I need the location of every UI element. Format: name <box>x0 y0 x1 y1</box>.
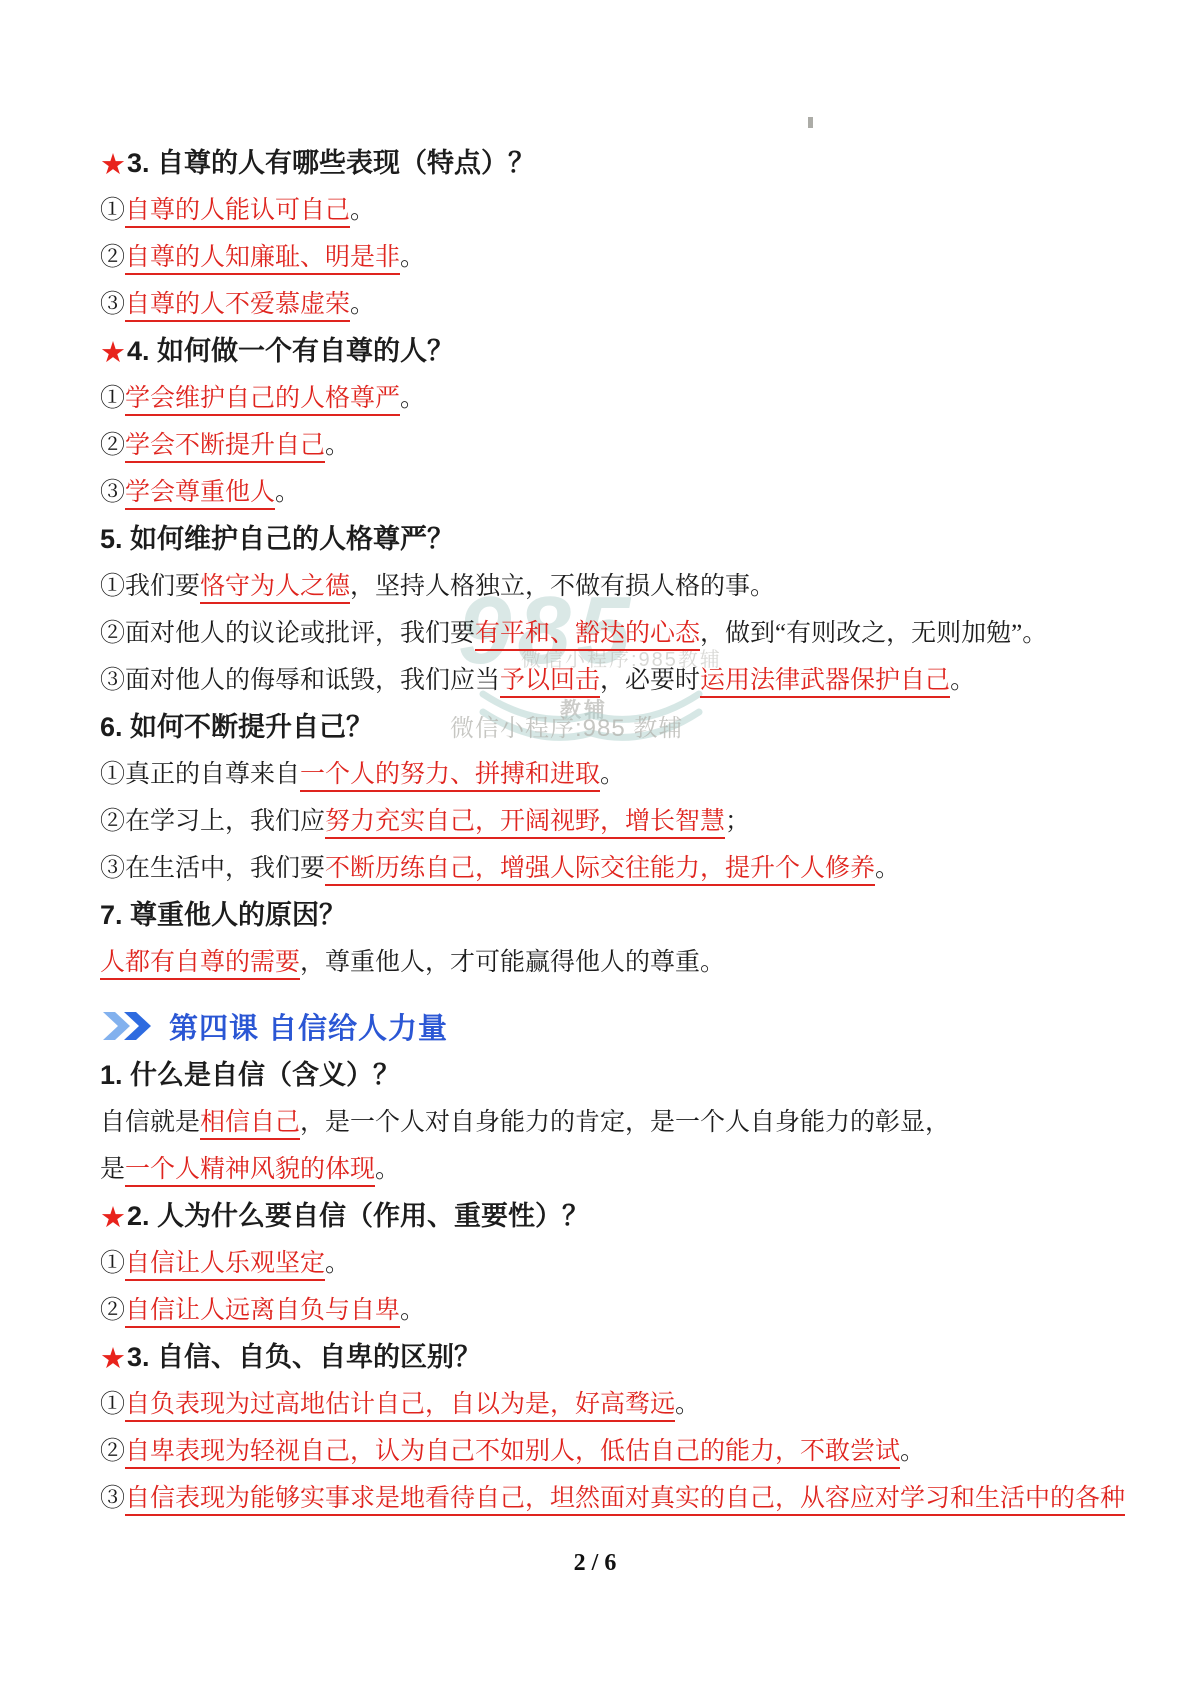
answer-text: 4. 如何做一个有自尊的人？ <box>127 336 454 366</box>
answer-key-point: 自尊的人不爱慕虚荣 <box>125 291 350 322</box>
answer-text: 。 <box>875 855 900 882</box>
answer-text: ③ <box>100 1485 125 1512</box>
answer-text: ，尊重他人，才可能赢得他人的尊重。 <box>300 949 725 976</box>
document-body: ★3. 自尊的人有哪些表现（特点）？①自尊的人能认可自己。②自尊的人知廉耻、明是… <box>100 140 1110 1522</box>
answer-key-point: 学会不断提升自己 <box>125 432 325 463</box>
answer-text: ③面对他人的侮辱和诋毁，我们应当 <box>100 667 500 694</box>
answer-text: 2. 人为什么要自信（作用、重要性）？ <box>127 1201 589 1231</box>
answer-line: 自信就是相信自己，是一个人对自身能力的肯定，是一个人自身能力的彰显， <box>100 1099 1110 1146</box>
question-heading: ★4. 如何做一个有自尊的人？ <box>100 328 1110 375</box>
answer-key-point: 自信表现为能够实事求是地看待自己，坦然面对真实的自己，从容应对学习和生活中的各种 <box>125 1485 1125 1516</box>
question-heading: 5. 如何维护自己的人格尊严？ <box>100 516 1110 563</box>
answer-text: 自信就是 <box>100 1109 200 1136</box>
answer-text: 6. 如何不断提升自己？ <box>100 712 373 742</box>
answer-text: ① <box>100 1391 125 1418</box>
answer-line: 是一个人精神风貌的体现。 <box>100 1146 1110 1193</box>
answer-line: ①自信让人乐观坚定。 <box>100 1240 1110 1287</box>
answer-key-point: 自信让人乐观坚定 <box>125 1250 325 1281</box>
double-chevron-icon <box>100 1011 154 1041</box>
answer-text: ①我们要 <box>100 573 200 600</box>
answer-key-point: 一个人的努力、拼搏和进取 <box>300 761 600 792</box>
answer-key-point: 自负表现为过高地估计自己，自以为是，好高骛远 <box>125 1391 675 1422</box>
answer-text: 1. 什么是自信（含义）？ <box>100 1060 400 1090</box>
answer-text: ②在学习上，我们应 <box>100 808 325 835</box>
answer-key-point: 学会维护自己的人格尊严 <box>125 385 400 416</box>
answer-text: ②面对他人的议论或批评，我们要 <box>100 620 475 647</box>
answer-text: 。 <box>675 1391 700 1418</box>
answer-line: ②学会不断提升自己。 <box>100 422 1110 469</box>
answer-line: ①学会维护自己的人格尊严。 <box>100 375 1110 422</box>
answer-key-point: 予以回击 <box>500 667 600 698</box>
answer-key-point: 自信让人远离自负与自卑 <box>125 1297 400 1328</box>
answer-text: ③ <box>100 479 125 506</box>
answer-line: ①我们要恪守为人之德，坚持人格独立，不做有损人格的事。 <box>100 563 1110 610</box>
question-heading: ★2. 人为什么要自信（作用、重要性）？ <box>100 1193 1110 1240</box>
answer-text: 是 <box>100 1156 125 1183</box>
answer-text: ② <box>100 244 125 271</box>
answer-text: 。 <box>350 291 375 318</box>
answer-line: ③自尊的人不爱慕虚荣。 <box>100 281 1110 328</box>
answer-text: 。 <box>325 432 350 459</box>
answer-line: ①真正的自尊来自一个人的努力、拼搏和进取。 <box>100 751 1110 798</box>
answer-text: ①真正的自尊来自 <box>100 761 300 788</box>
answer-text: ，做到“有则改之，无则加勉”。 <box>700 620 1047 647</box>
question-heading: 1. 什么是自信（含义）？ <box>100 1052 1110 1099</box>
answer-text: 。 <box>950 667 975 694</box>
answer-key-point: 相信自己 <box>200 1109 300 1140</box>
question-heading: ★3. 自尊的人有哪些表现（特点）？ <box>100 140 1110 187</box>
answer-key-point: 学会尊重他人 <box>125 479 275 510</box>
answer-line: ②自尊的人知廉耻、明是非。 <box>100 234 1110 281</box>
answer-line: ③自信表现为能够实事求是地看待自己，坦然面对真实的自己，从容应对学习和生活中的各… <box>100 1475 1110 1522</box>
star-icon: ★ <box>100 1341 126 1375</box>
answer-text: 。 <box>350 197 375 224</box>
answer-text: 3. 自尊的人有哪些表现（特点）？ <box>127 148 535 178</box>
answer-line: ②面对他人的议论或批评，我们要有平和、豁达的心态，做到“有则改之，无则加勉”。 <box>100 610 1110 657</box>
answer-line: ③学会尊重他人。 <box>100 469 1110 516</box>
answer-text: ，是一个人对自身能力的肯定，是一个人自身能力的彰显， <box>300 1109 950 1136</box>
answer-text: 。 <box>375 1156 400 1183</box>
question-heading: 6. 如何不断提升自己？ <box>100 704 1110 751</box>
answer-text: 。 <box>325 1250 350 1277</box>
answer-text: 。 <box>400 385 425 412</box>
answer-line: ①自尊的人能认可自己。 <box>100 187 1110 234</box>
answer-line: 人都有自尊的需要，尊重他人，才可能赢得他人的尊重。 <box>100 939 1110 986</box>
section-header: 第四课 自信给人力量 <box>100 1000 1110 1052</box>
star-icon: ★ <box>100 147 126 181</box>
answer-key-point: 自尊的人知廉耻、明是非 <box>125 244 400 275</box>
section-title: 第四课 自信给人力量 <box>169 1006 448 1047</box>
answer-text: ，坚持人格独立，不做有损人格的事。 <box>350 573 775 600</box>
answer-text: 7. 尊重他人的原因？ <box>100 900 346 930</box>
answer-text: ② <box>100 1438 125 1465</box>
answer-key-point: 人都有自尊的需要 <box>100 949 300 980</box>
star-icon: ★ <box>100 1200 126 1234</box>
answer-key-point: 努力充实自己，开阔视野，增长智慧 <box>325 808 725 839</box>
answer-text: ① <box>100 1250 125 1277</box>
answer-line: ②自卑表现为轻视自己，认为自己不如别人，低估自己的能力，不敢尝试。 <box>100 1428 1110 1475</box>
answer-text: 。 <box>400 244 425 271</box>
answer-line: ③在生活中，我们要不断历练自己，增强人际交往能力，提升个人修养。 <box>100 845 1110 892</box>
answer-text: 。 <box>900 1438 925 1465</box>
answer-key-point: 一个人精神风貌的体现 <box>125 1156 375 1187</box>
answer-key-point: 运用法律武器保护自己 <box>700 667 950 698</box>
answer-text: ③ <box>100 291 125 318</box>
star-icon: ★ <box>100 335 126 369</box>
answer-key-point: 自卑表现为轻视自己，认为自己不如别人，低估自己的能力，不敢尝试 <box>125 1438 900 1469</box>
answer-text: ③在生活中，我们要 <box>100 855 325 882</box>
answer-line: ②在学习上，我们应努力充实自己，开阔视野，增长智慧； <box>100 798 1110 845</box>
answer-text: ，必要时 <box>600 667 700 694</box>
answer-text: 5. 如何维护自己的人格尊严？ <box>100 524 454 554</box>
answer-line: ②自信让人远离自负与自卑。 <box>100 1287 1110 1334</box>
page-number: 2 / 6 <box>0 1550 1190 1577</box>
answer-key-point: 自尊的人能认可自己 <box>125 197 350 228</box>
answer-text: ② <box>100 1297 125 1324</box>
answer-line: ①自负表现为过高地估计自己，自以为是，好高骛远。 <box>100 1381 1110 1428</box>
question-heading: ★3. 自信、自负、自卑的区别？ <box>100 1334 1110 1381</box>
answer-text: ① <box>100 197 125 224</box>
answer-text: ； <box>725 808 750 835</box>
answer-text: 3. 自信、自负、自卑的区别？ <box>127 1342 481 1372</box>
answer-text: 。 <box>275 479 300 506</box>
answer-text: ① <box>100 385 125 412</box>
answer-line: ③面对他人的侮辱和诋毁，我们应当予以回击，必要时运用法律武器保护自己。 <box>100 657 1110 704</box>
answer-text: 。 <box>400 1297 425 1324</box>
answer-key-point: 恪守为人之德 <box>200 573 350 604</box>
answer-text: ② <box>100 432 125 459</box>
answer-key-point: 有平和、豁达的心态 <box>475 620 700 651</box>
answer-key-point: 不断历练自己，增强人际交往能力，提升个人修养 <box>325 855 875 886</box>
answer-text: 。 <box>600 761 625 788</box>
question-heading: 7. 尊重他人的原因？ <box>100 892 1110 939</box>
stray-mark <box>808 117 813 128</box>
